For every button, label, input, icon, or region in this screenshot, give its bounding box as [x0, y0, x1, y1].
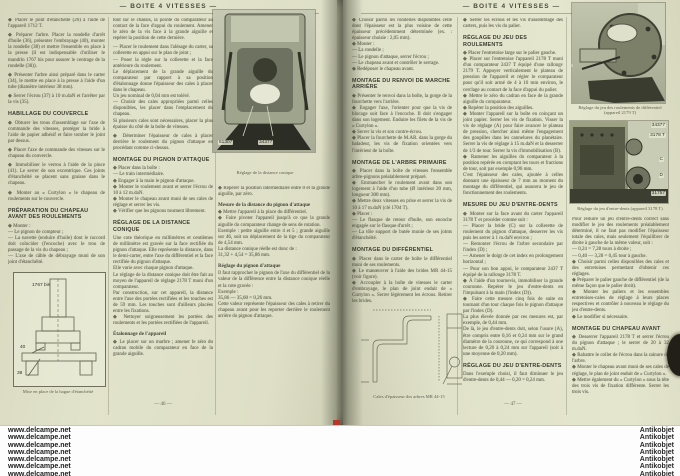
- column: ◆ Choisir parmi les rondelles disponible…: [352, 18, 452, 304]
- watermark-antikobjet: Antikobjet: [640, 463, 674, 470]
- watermark-strip: www.delcampe.netwww.delcampe.netwww.delc…: [0, 425, 680, 476]
- watermark-right-column: AntikobjetAntikobjetAntikobjetAntikobjet…: [640, 427, 674, 476]
- watermark-antikobjet: Antikobjet: [640, 449, 674, 456]
- photo-caption: Réglage de la distance conique: [205, 170, 325, 175]
- paragraph: ◆ Placer dans la boîte de vitesses l'ens…: [352, 169, 452, 242]
- page-header: — BOITE 4 VITESSES —: [0, 3, 337, 10]
- paragraph: Une cote théorique en millimètres et cen…: [113, 236, 213, 327]
- paragraph: ◆ Présenter le renvoi dans la boîte, la …: [352, 94, 452, 155]
- callout-label: C: [659, 157, 664, 162]
- section-heading: RÉGLAGE DE LA DISTANCE CONIQUE: [113, 220, 213, 233]
- paragraph: ◆ Monter au « Curtylon » le chapeau de r…: [8, 191, 105, 203]
- watermark-antikobjet: Antikobjet: [640, 471, 674, 476]
- gearbox-photo: 51307 34377: [213, 10, 315, 152]
- figure-caption: Mise en place de la bague d'étanchéité: [6, 389, 110, 394]
- paragraph: ◆ Choisir parmi les rondelles disponible…: [352, 18, 452, 73]
- photo-caption: Réglage du jeu des roulements de différe…: [565, 105, 675, 116]
- watermark-antikobjet: Antikobjet: [640, 427, 674, 434]
- paragraph: ◆ Le placer sur un marbre ; amener le zé…: [113, 340, 213, 358]
- paragraph: ◆ Mettre l'appareil à la place du différ…: [218, 210, 330, 259]
- page-left: — BOITE 4 VITESSES — ◆ Placer le joint d…: [0, 0, 337, 425]
- scan-area: — BOITE 4 VITESSES — ◆ Placer le joint d…: [0, 0, 680, 425]
- section-heading: MESURE DU JEU D'ENTRE-DENTS: [463, 202, 563, 208]
- paragraph: ◆ Placer dans la boîte : — Le train inte…: [113, 166, 213, 215]
- page-number: — 46 —: [113, 402, 213, 407]
- part-number-label: 38: [17, 371, 22, 376]
- sub-heading: Réglage du pignon d'attaque: [218, 263, 330, 269]
- seal-drawing: [14, 273, 105, 386]
- paragraph: ◆ Desserrer l'appareil 2178 T et serrer …: [572, 335, 669, 396]
- paragraph: ◆ Déterminer l'épaisseur de cales à plac…: [113, 134, 213, 152]
- photo-caption: Réglage du jeu d'entre-dents (appareil 3…: [565, 206, 675, 211]
- callout-label: 34377: [258, 140, 273, 145]
- callout-label: 31757: [651, 191, 666, 196]
- watermark-delcampe: www.delcampe.net: [8, 463, 71, 470]
- paragraph: ◆ Placer le joint d'étanchéité (20) à l'…: [8, 18, 105, 30]
- photo-caption-line2: (appareil 2179 T): [565, 110, 675, 115]
- column-rule: [108, 17, 109, 415]
- backlash-photo: 34377 3178 T C D 31757: [570, 121, 668, 203]
- scanned-spread: — BOITE 4 VITESSES — ◆ Placer le joint d…: [0, 0, 680, 476]
- paragraph: Dans l'exemple choisi, il faut diminuer …: [463, 372, 563, 384]
- paragraph: Pour réduire un jeu d'entre-dents correc…: [572, 217, 669, 321]
- watermark-delcampe: www.delcampe.net: [8, 471, 71, 476]
- figure-seal-diagram: 1767 bis 40 38: [13, 272, 106, 387]
- watermark-delcampe: www.delcampe.net: [8, 434, 71, 441]
- column-rule: [566, 17, 567, 415]
- column: Pour réduire un jeu d'entre-dents correc…: [572, 217, 669, 417]
- bracket-drawing: [357, 306, 467, 390]
- section-heading: MONTAGE DU DIFFÉRENTIEL: [352, 247, 452, 253]
- section-heading: MONTAGE DE L'ARBRE PRIMAIRE: [352, 160, 452, 166]
- watermark-delcampe: www.delcampe.net: [8, 456, 71, 463]
- section-heading: RÉGLAGE DU JEU D'ENTRE-DENTS: [463, 363, 563, 369]
- paragraph: tout sur le châssis, la pointe du compar…: [113, 18, 213, 42]
- sub-heading: Mesure de la distance du pignon d'attaqu…: [218, 202, 330, 208]
- callout-label: A: [561, 64, 564, 69]
- watermark-delcampe: www.delcampe.net: [8, 449, 71, 456]
- column: tout sur le châssis, la pointe du compar…: [113, 18, 213, 400]
- page-number: — 47 —: [463, 402, 563, 407]
- watermark-antikobjet: Antikobjet: [640, 456, 674, 463]
- paragraph: ◆ Placer l'entretoise large sur le palie…: [463, 51, 563, 197]
- paragraph: ◆ Monter sur la face avant du carter l'a…: [463, 212, 563, 358]
- page-right: — BOITE 4 VITESSES — ◆ Choisir parmi les…: [343, 0, 680, 425]
- paragraph: ◆ Préparer l'arbre. Placer la rondelle d…: [8, 33, 105, 70]
- tool-number-label: 1767 bis: [32, 283, 50, 288]
- callout-label: 3178 T: [649, 133, 666, 138]
- paragraph: ◆ Repérer la position intermédiaire entr…: [218, 186, 330, 198]
- paragraph: ◆ Placer l'axe de commande des vitesses …: [8, 148, 105, 160]
- callout-label: D: [659, 173, 664, 178]
- watermark-left-column: www.delcampe.netwww.delcampe.netwww.delc…: [8, 427, 71, 476]
- column: ◆ Repérer la position intermédiaire entr…: [218, 186, 330, 418]
- paragraph: ◆ Présenter l'arbre ainsi préparé dans l…: [8, 73, 105, 91]
- paragraph: ◆ Placer dans le carter de boîte le diff…: [352, 257, 452, 304]
- watermark-antikobjet: Antikobjet: [640, 434, 674, 441]
- paragraph: Il faut rapprocher le pignon de l'axe du…: [218, 271, 330, 320]
- paragraph: — Placer le roulement dans l'alésage du …: [113, 45, 213, 130]
- callout-label: 34377: [651, 123, 666, 128]
- section-heading: MONTAGE DU PIGNON D'ATTAQUE: [113, 157, 213, 163]
- paragraph: ◆ Immobiliser le verrou à l'aide de la p…: [8, 163, 105, 187]
- section-heading: PRÉPARATION DU CHAPEAU AVANT DES ROULEME…: [8, 208, 105, 221]
- column: ◆ Serrer les écrous et les vis d'assembl…: [463, 18, 563, 400]
- section-heading: HABILLAGE DU COUVERCLE: [8, 111, 105, 117]
- callout-label: B: [570, 64, 573, 69]
- figure-caption: Cales d'épaisseur des arbres MR 44-15: [351, 394, 467, 399]
- sub-heading: Étalonnage de l'appareil: [113, 331, 213, 337]
- differential-photo: [572, 3, 665, 103]
- callout-label: 51307: [218, 140, 233, 145]
- differential-photo-art: [572, 3, 665, 103]
- gearbox-photo-art: [213, 10, 315, 152]
- column: ◆ Placer le joint d'étanchéité (20) à l'…: [8, 18, 105, 268]
- section-heading: MONTAGE DU RENVOI DE MARCHE ARRIÈRE: [352, 78, 452, 91]
- watermark-antikobjet: Antikobjet: [640, 442, 674, 449]
- section-heading: RÉGLAGE DU JEU DES ROULEMENTS: [463, 35, 563, 48]
- paragraph: ◆ Monter : — Le pignon de compteur ; — L…: [8, 224, 105, 267]
- figure-shim-bracket: [357, 306, 467, 390]
- paragraph: ◆ Obturer les trous d'assemblage sur l'a…: [8, 121, 105, 145]
- paragraph: ◆ Serrer les écrous et les vis d'assembl…: [463, 18, 563, 30]
- paragraph: ◆ Serrer l'écrou (37) à 10 m.daN et l'ar…: [8, 94, 105, 106]
- section-heading: MONTAGE DU CHAPEAU AVANT: [572, 326, 669, 332]
- part-number-label: 40: [20, 345, 25, 350]
- watermark-delcampe: www.delcampe.net: [8, 442, 71, 449]
- watermark-delcampe: www.delcampe.net: [8, 427, 71, 434]
